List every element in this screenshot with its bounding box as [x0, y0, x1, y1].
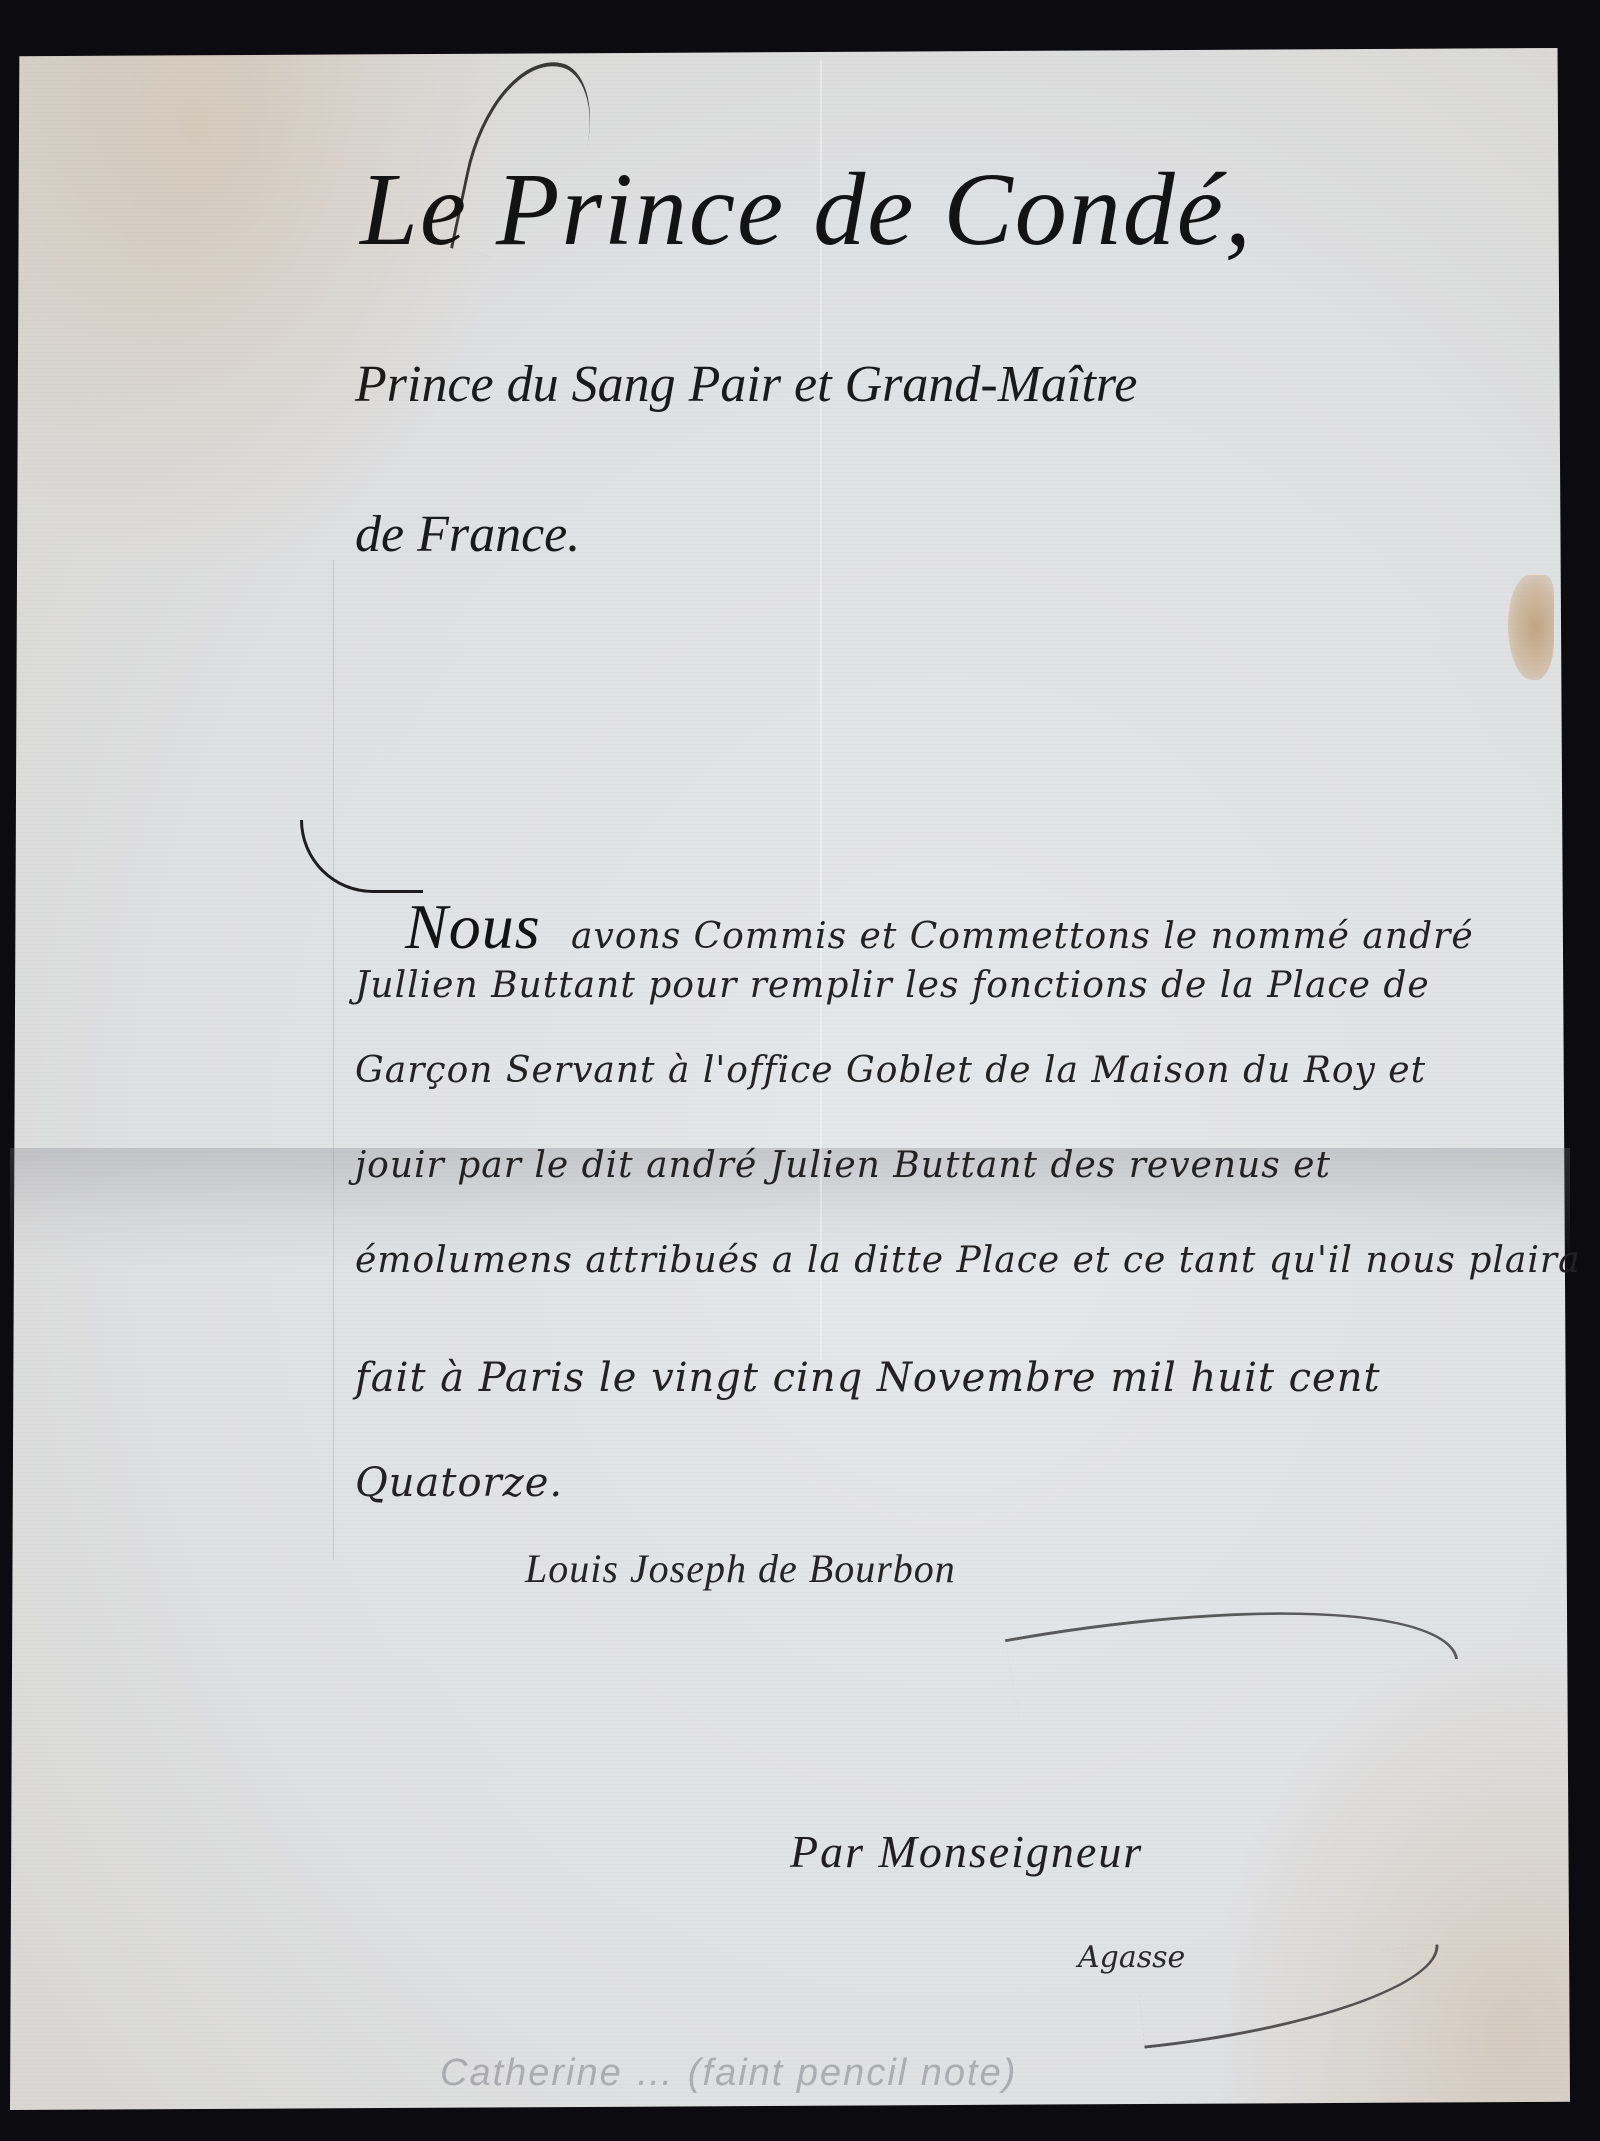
- par-monseigneur-label: Par Monseigneur: [790, 1825, 1143, 1878]
- body-line-2: Jullien Buttant pour remplir les fonctio…: [355, 965, 1430, 1006]
- date-line: fait à Paris le vingt cinq Novembre mil …: [355, 1355, 1381, 1401]
- body-line-1-text: avons Commis et Commettons le nommé andr…: [571, 916, 1474, 957]
- body-line-1: Nous avons Commis et Commettons le nommé…: [405, 890, 1474, 964]
- body-line-4: jouir par le dit andré Julien Buttant de…: [355, 1145, 1331, 1186]
- body-line-5: émolumens attribués a la ditte Place et …: [355, 1240, 1581, 1281]
- document-subtitle-line-2: de France.: [355, 505, 580, 564]
- document-title: Le Prince de Condé,: [360, 150, 1253, 269]
- body-initial: Nous: [405, 891, 541, 962]
- secretary-countersignature: Agasse: [1078, 1940, 1185, 1975]
- pencil-annotation: Catherine … (faint pencil note): [440, 2052, 1017, 2095]
- document-subtitle-line-1: Prince du Sang Pair et Grand-Maître: [355, 355, 1137, 414]
- body-line-3: Garçon Servant à l'office Goblet de la M…: [355, 1050, 1426, 1091]
- date-line-year: Quatorze.: [355, 1460, 563, 1506]
- foxing-stain: [1508, 575, 1554, 680]
- prince-signature: Louis Joseph de Bourbon: [525, 1545, 956, 1592]
- ruled-margin-line: [333, 560, 334, 1560]
